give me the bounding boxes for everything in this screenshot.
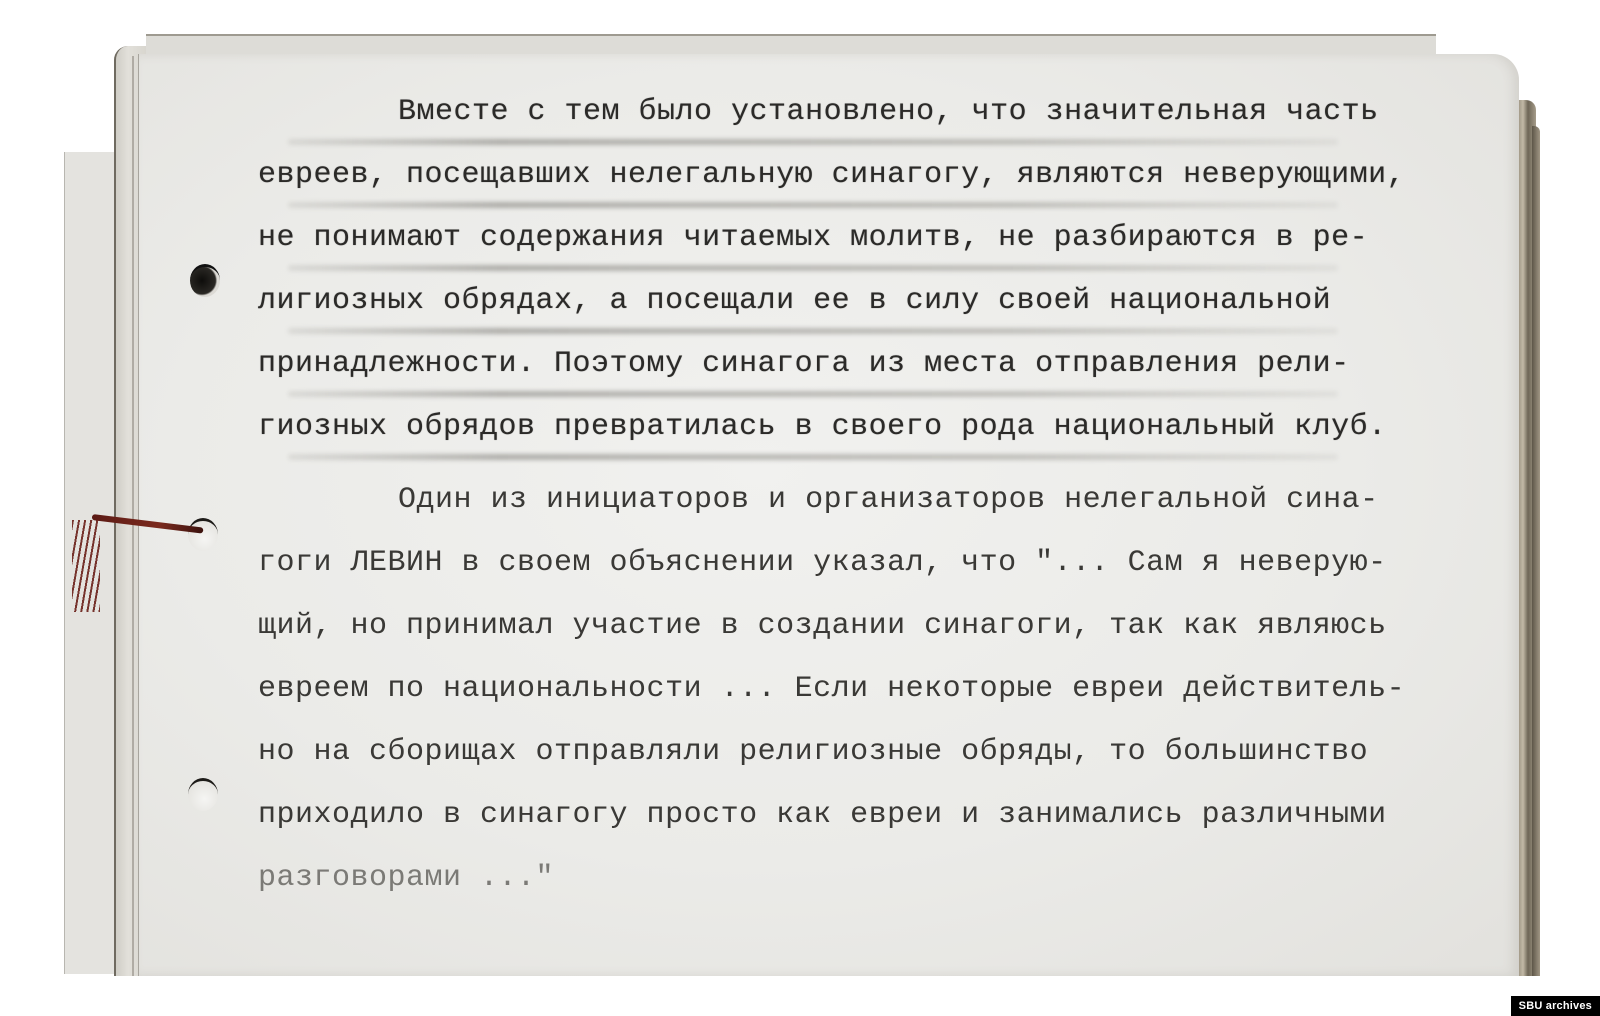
paragraph-2: Один из инициаторов и организаторов неле… [258, 476, 1428, 917]
text-line: гиозных обрядов превратилась в своего ро… [258, 403, 1428, 466]
text-line: не понимают содержания читаемых молитв, … [258, 214, 1428, 277]
text-line: разговорами ..." [258, 854, 1428, 917]
binding-thread-tassel [72, 520, 100, 612]
text-line: приходило в синагогу просто как евреи и … [258, 791, 1428, 854]
punch-hole-icon [188, 778, 218, 811]
typed-text-body: Вместе с тем было установлено, что значи… [258, 88, 1428, 917]
text-line: гоги ЛЕВИН в своем объяснении указал, чт… [258, 539, 1428, 602]
page-fold-line [132, 56, 134, 976]
text-line: щий, но принимал участие в создании сина… [258, 602, 1428, 665]
photo-credit: SBU archives [1511, 996, 1600, 1016]
text-line: евреем по национальности ... Если некото… [258, 665, 1428, 728]
text-line: евреев, посещавших нелегальную синагогу,… [258, 151, 1428, 214]
punch-hole-icon [188, 518, 218, 551]
text-line: Вместе с тем было установлено, что значи… [258, 88, 1428, 151]
text-line: но на сборищах отправляли религиозные об… [258, 728, 1428, 791]
document-photo: Вместе с тем было установлено, что значи… [0, 0, 1600, 1016]
sheet-stack-right-edge-outer [1532, 126, 1540, 976]
text-line: Один из инициаторов и организаторов неле… [258, 476, 1428, 539]
text-line: лигиозных обрядах, а посещали ее в силу … [258, 277, 1428, 340]
text-line: принадлежности. Поэтому синагога из мест… [258, 340, 1428, 403]
punch-hole-icon [190, 264, 220, 297]
paragraph-1: Вместе с тем было установлено, что значи… [258, 88, 1428, 466]
